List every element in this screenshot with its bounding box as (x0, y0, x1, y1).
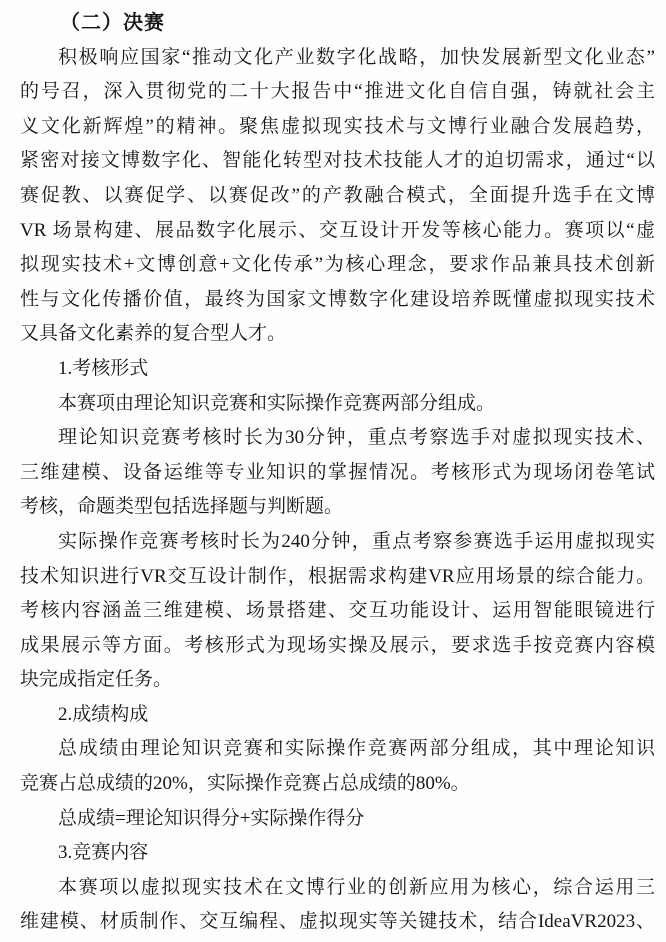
body-text-line: 块完成指定任务。 (20, 663, 655, 698)
body-text-line: 拟现实技术+文博创意+文化传承”为核心理念，要求作品兼具技术创新 (20, 248, 655, 283)
body-text-line: VR 场景构建、展品数字化展示、交互设计开发等核心能力。赛项以“虚 (20, 214, 655, 249)
body-text-line: 维建模、材质制作、交互编程、虚拟现实等关键技术，结合IdeaVR2023、 (20, 905, 655, 940)
document-page: （二）决赛 积极响应国家“推动文化产业数字化战略，加快发展新型文化业态” 的号召… (0, 0, 666, 942)
body-text-line: 积极响应国家“推动文化产业数字化战略，加快发展新型文化业态” (20, 41, 655, 76)
section-heading: （二）决赛 (20, 6, 655, 41)
body-text-line: 理论知识竞赛考核时长为30分钟，重点考察选手对虚拟现实技术、 (20, 421, 655, 456)
subsection-3-heading: 3.竞赛内容 (20, 836, 655, 871)
body-text-line: 竞赛占总成绩的20%，实际操作竞赛占总成绩的80%。 (20, 767, 655, 802)
subsection-1-heading: 1.考核形式 (20, 352, 655, 387)
body-text-line: 成果展示等方面。考核形式为现场实操及展示，要求选手按竞赛内容模 (20, 629, 655, 664)
body-text-line: 考核内容涵盖三维建模、场景搭建、交互功能设计、运用智能眼镜进行 (20, 594, 655, 629)
body-text-line: 性与文化传播价值，最终为国家文博数字化建设培养既懂虚拟现实技术 (20, 283, 655, 318)
body-text-line: 实际操作竞赛考核时长为240分钟，重点考察参赛选手运用虚拟现实 (20, 525, 655, 560)
body-text-line: 本赛项以虚拟现实技术在文博行业的创新应用为核心，综合运用三 (20, 871, 655, 906)
body-text-line: 考核，命题类型包括选择题与判断题。 (20, 490, 655, 525)
body-text-line: 又具备文化素养的复合型人才。 (20, 317, 655, 352)
body-text-line: 三维建模、设备运维等专业知识的掌握情况。考核形式为现场闭卷笔试 (20, 456, 655, 491)
body-text-line: 紧密对接文博数字化、智能化转型对技术技能人才的迫切需求，通过“以 (20, 144, 655, 179)
body-text-line: 总成绩由理论知识竞赛和实际操作竞赛两部分组成，其中理论知识 (20, 732, 655, 767)
body-text-line: 赛促教、以赛促学、以赛促改”的产教融合模式，全面提升选手在文博 (20, 179, 655, 214)
body-text-line: 技术知识进行VR交互设计制作，根据需求构建VR应用场景的综合能力。 (20, 560, 655, 595)
body-text-line: 义文化新辉煌”的精神。聚焦虚拟现实技术与文博行业融合发展趋势， (20, 110, 655, 145)
score-formula-line: 总成绩=理论知识得分+实际操作得分 (20, 802, 655, 837)
body-text-line: 本赛项由理论知识竞赛和实际操作竞赛两部分组成。 (20, 387, 655, 422)
body-text-line: 的号召，深入贯彻党的二十大报告中“推进文化自信自强，铸就社会主 (20, 75, 655, 110)
subsection-2-heading: 2.成绩构成 (20, 698, 655, 733)
